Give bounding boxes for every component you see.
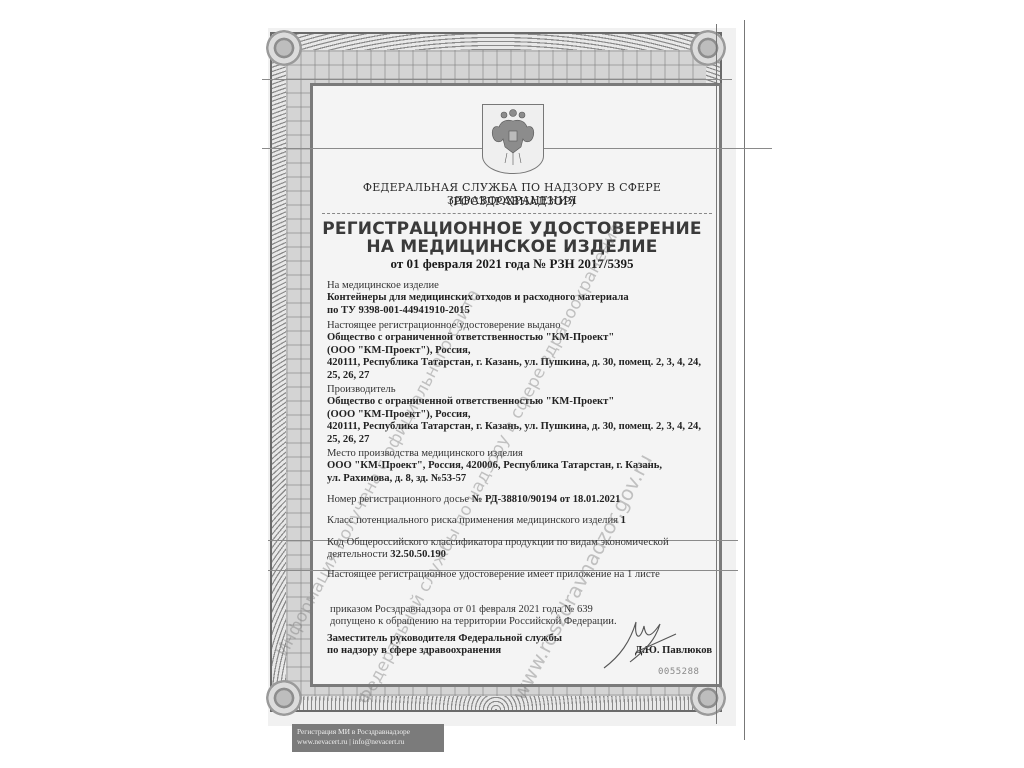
device-name: Контейнеры для медицинских отходов и рас… [327,292,727,304]
serial-number: 0055288 [658,667,699,677]
device-spec: по ТУ 9398-001-44941910-2015 [327,305,727,317]
corner-ornament-icon [690,30,726,66]
issued-to-line: (ООО "КМ-Проект"), Россия, [327,345,727,357]
manufacturer-line: 420111, Республика Татарстан, г. Казань,… [327,421,727,433]
agency-short-name: (РОСЗДРАВНАДЗОР) [300,195,724,208]
russian-coat-of-arms-icon [482,104,544,174]
footer-badge-line: Регистрация МИ в Росздравнадзоре [297,727,439,737]
certificate-title: РЕГИСТРАЦИОННОЕ УДОСТОВЕРЕНИЕ [300,219,724,239]
issued-to-line: 420111, Республика Татарстан, г. Казань,… [327,357,727,369]
signature-icon [600,612,680,672]
section-risk-class: Класс потенциального риска применения ме… [327,515,727,527]
device-label: На медицинское изделие [327,280,727,292]
scan-line [262,79,732,80]
issued-to-label: Настоящее регистрационное удостоверение … [327,320,727,332]
okpd-label: Код Общероссийского классификатора проду… [327,537,727,549]
scan-line [744,20,745,740]
section-device: На медицинское изделие Контейнеры для ме… [327,280,727,317]
section-dossier: Номер регистрационного досье № РД-38810/… [327,494,727,506]
section-appendix: Настоящее регистрационное удостоверение … [327,569,727,581]
appendix-text: Настоящее регистрационное удостоверение … [327,569,727,581]
section-okpd: Код Общероссийского классификатора проду… [327,537,727,562]
divider [322,213,712,214]
corner-ornament-icon [266,30,302,66]
issued-to-line: Общество с ограниченной ответственностью… [327,332,727,344]
certificate-date-number: от 01 февраля 2021 года № РЗН 2017/5395 [300,256,724,272]
certificate-subtitle: НА МЕДИЦИНСКОЕ ИЗДЕЛИЕ [300,237,724,257]
dossier-number: № РД-38810/90194 от 18.01.2021 [472,494,621,505]
corner-ornament-icon [266,680,302,716]
risk-class-label: Класс потенциального риска применения ме… [327,515,621,526]
footer-badge-link[interactable]: www.nevacert.ru | info@nevacert.ru [297,737,439,747]
dossier-label: Номер регистрационного досье [327,494,472,505]
footer-badge: Регистрация МИ в Росздравнадзоре www.nev… [292,724,444,752]
